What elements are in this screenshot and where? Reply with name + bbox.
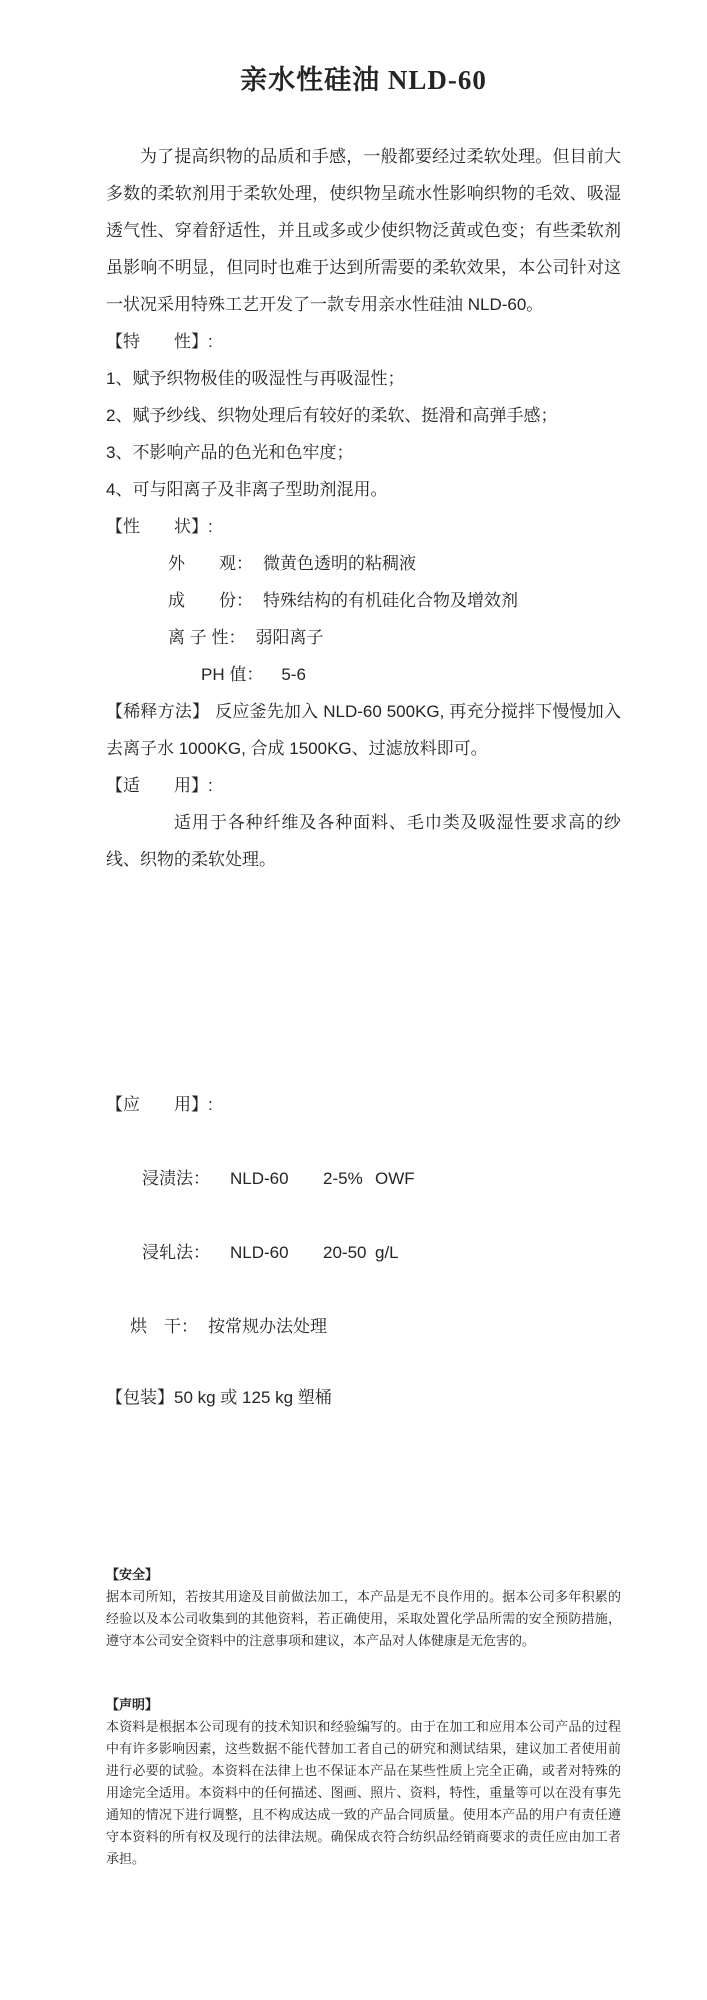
property-label: 离 子 性： (168, 628, 245, 647)
document-page: 亲水性硅油 NLD-60 为了提高织物的品质和手感，一般都要经过柔软处理。但目前… (0, 0, 707, 2000)
page-title: 亲水性硅油 NLD-60 (106, 0, 621, 100)
pad-method-row: 浸轧法：NLD-6020-50g/L (106, 1234, 621, 1271)
safety-section: 【安全】 据本司所知，若按其用途及目前做法加工，本产品是无不良作用的。据本公司多… (106, 1564, 621, 1652)
property-value: 弱阳离子 (255, 628, 323, 647)
property-row-ionicity: 离 子 性：弱阳离子 (106, 619, 621, 656)
safety-header: 【安全】 (106, 1564, 621, 1586)
safety-text: 据本司所知，若按其用途及目前做法加工，本产品是无不良作用的。据本公司多年积累的经… (106, 1586, 621, 1652)
feature-item-1: 1、赋予织物极佳的吸湿性与再吸湿性； (106, 360, 621, 397)
property-label: 外 观： (168, 554, 253, 573)
feature-item-2: 2、赋予纱线、织物处理后有较好的柔软、挺滑和高弹手感； (106, 397, 621, 434)
suitable-paragraph: 适用于各种纤维及各种面料、毛巾类及吸湿性要求高的纱线、织物的柔软处理。 (106, 804, 621, 878)
drying-label: 烘 干： (130, 1308, 208, 1345)
property-row-appearance: 外 观：微黄色透明的粘稠液 (106, 545, 621, 582)
application-header: 【应 用】: (106, 1086, 621, 1123)
features-header: 【特 性】: (106, 323, 621, 360)
statement-text: 本资料是根据本公司现有的技术知识和经验编写的。由于在加工和应用本公司产品的过程中… (106, 1716, 621, 1870)
product-name: NLD-60 (230, 1234, 323, 1271)
statement-section: 【声明】 本资料是根据本公司现有的技术知识和经验编写的。由于在加工和应用本公司产… (106, 1694, 621, 1870)
dip-method-row: 浸渍法：NLD-602-5%OWF (106, 1160, 621, 1197)
dilution-paragraph: 【稀释方法】反应釜先加入 NLD-60 500KG, 再充分搅拌下慢慢加入去离子… (106, 693, 621, 767)
suitable-header: 【适 用】: (106, 767, 621, 804)
property-row-ph: PH 值：5-6 (106, 656, 621, 693)
property-value: 特殊结构的有机硅化合物及增效剂 (263, 591, 518, 610)
property-value: 微黄色透明的粘稠液 (263, 554, 416, 573)
dilution-header: 【稀释方法】 (106, 702, 209, 721)
statement-header: 【声明】 (106, 1694, 621, 1716)
feature-item-3: 3、不影响产品的色光和色牢度； (106, 434, 621, 471)
ph-value: 5-6 (281, 665, 306, 684)
dosage-value: 2-5% (323, 1160, 375, 1197)
drying-row: 烘 干：按常规办法处理 (106, 1308, 621, 1345)
feature-item-4: 4、可与阳离子及非离子型助剂混用。 (106, 471, 621, 508)
drying-value: 按常规办法处理 (208, 1317, 327, 1336)
method-label: 浸渍法： (142, 1160, 230, 1197)
product-name: NLD-60 (230, 1160, 323, 1197)
property-row-composition: 成 份：特殊结构的有机硅化合物及增效剂 (106, 582, 621, 619)
packaging-line: 【包装】50 kg 或 125 kg 塑桶 (106, 1379, 621, 1416)
property-label: 成 份： (168, 591, 253, 610)
intro-paragraph: 为了提高织物的品质和手感，一般都要经过柔软处理。但目前大多数的柔软剂用于柔软处理… (106, 138, 621, 323)
dosage-unit: OWF (375, 1169, 415, 1188)
properties-header: 【性 状】: (106, 508, 621, 545)
method-label: 浸轧法： (142, 1234, 230, 1271)
dosage-value: 20-50 (323, 1234, 375, 1271)
ph-label: PH 值： (201, 665, 263, 684)
dosage-unit: g/L (375, 1243, 399, 1262)
